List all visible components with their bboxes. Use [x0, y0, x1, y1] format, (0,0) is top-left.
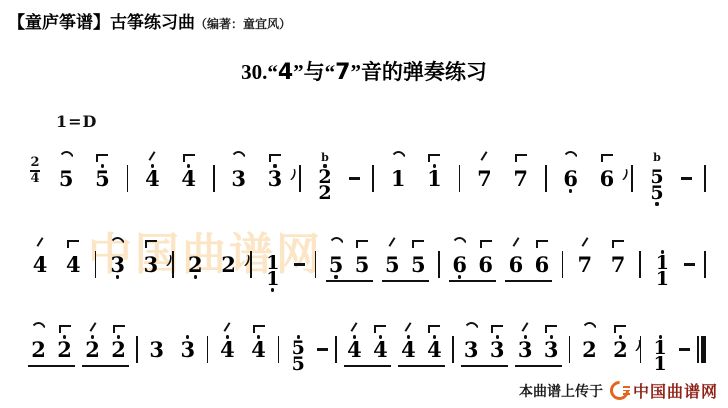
fingering-slot [109, 236, 126, 249]
arc-mark-icon [451, 237, 468, 248]
note-digit: 4 [373, 340, 388, 359]
note: 3 [461, 321, 482, 365]
arc-mark-icon [562, 151, 579, 162]
fingering-slot [491, 321, 503, 334]
note-digit: 7 [577, 255, 592, 274]
note: 7 [606, 236, 630, 280]
note: 3 [145, 321, 169, 365]
barline [704, 251, 706, 278]
note: 3 [487, 321, 508, 365]
note-digit: 2 [582, 340, 597, 359]
note: 4 [247, 321, 271, 365]
octave-slot-below [569, 188, 572, 194]
final-barline-thin [697, 336, 699, 363]
note-digit: 4 [181, 169, 196, 188]
slash-mark-icon [89, 322, 96, 332]
hook-mark-icon [374, 325, 386, 333]
fingering-slot [92, 321, 94, 334]
octave-dot-below [271, 288, 274, 291]
note-digit: 3 [231, 169, 246, 188]
octave-slot-below [116, 274, 119, 280]
fingering-slot [412, 236, 424, 249]
note: 1 [422, 150, 446, 194]
fingering-slot [59, 321, 71, 334]
note-digit: 3 [180, 340, 195, 359]
note: 6 [505, 236, 526, 280]
hook-mark-icon [428, 154, 440, 162]
hook-mark-icon [614, 325, 626, 333]
hook-mark-icon [412, 240, 424, 248]
note-digit: 3 [490, 340, 505, 359]
note-digit: 3 [144, 255, 159, 274]
score-line: 4433)22)11555566667711 [28, 236, 706, 293]
note: 4 [140, 150, 164, 194]
piece-title-suffix: ”音的弹奏练习 [350, 60, 487, 84]
barline [278, 336, 280, 363]
note: 7 [472, 150, 496, 194]
fingering-slot [483, 150, 485, 163]
note-digit: 6 [478, 255, 493, 274]
slash-mark-icon [37, 237, 44, 247]
note-digit: 7 [477, 169, 492, 188]
note-digit: 3 [518, 340, 533, 359]
note: 1 [386, 150, 410, 194]
arc-mark-icon [230, 151, 247, 162]
fingering-slot [269, 150, 281, 163]
note: 5 [90, 150, 114, 194]
fingering-slot [584, 236, 586, 249]
barline [299, 165, 301, 192]
note-digit: 1 [391, 169, 406, 188]
barline [438, 251, 440, 278]
note: 2 [183, 236, 207, 280]
time-sig-numerator: 2 [30, 157, 39, 169]
note: 2 [54, 321, 75, 365]
octave-dot-below [194, 275, 197, 278]
note-digit: 6 [509, 255, 524, 274]
score-line: 24554433)b22117766)b55 [28, 150, 706, 207]
arc-mark-icon [463, 322, 480, 333]
eighth-beam-group: 22 [28, 321, 75, 367]
arc-mark-icon [30, 322, 47, 333]
note-digit: 3 [149, 340, 164, 359]
slash-mark-icon [481, 151, 488, 161]
hook-mark-icon [480, 240, 492, 248]
hook-mark-icon [601, 154, 613, 162]
note: 5 [408, 236, 429, 280]
chord: 55 [286, 321, 310, 378]
note: 4 [177, 150, 201, 194]
fingering-slot [614, 321, 626, 334]
hook-mark-icon [183, 154, 195, 162]
note-digit: 2 [221, 255, 236, 274]
eighth-beam-group: 44 [398, 321, 445, 367]
fingering-slot [96, 150, 108, 163]
barline [213, 165, 215, 192]
note: 5 [382, 236, 403, 280]
note: 2 [577, 321, 601, 365]
arc-mark-icon [109, 237, 126, 248]
chord: 11 [261, 236, 285, 293]
note-digit: 3 [544, 340, 559, 359]
note: 2 [82, 321, 103, 365]
octave-slot-below [458, 274, 461, 280]
note: 2) [608, 321, 632, 365]
note: 6) [595, 150, 619, 194]
octave-slot-below [655, 201, 658, 207]
note-digit: 4 [401, 340, 416, 359]
note-digit: 3 [268, 169, 283, 188]
barline [335, 336, 337, 363]
editor-credit: （编著：童宜风） [195, 17, 291, 31]
note: 3 [227, 150, 251, 194]
fingering-slot [612, 236, 624, 249]
note: 4 [344, 321, 365, 365]
fingering-slot [562, 150, 579, 163]
note: 4 [370, 321, 391, 365]
fingering-slot [391, 236, 393, 249]
note: 5 [352, 236, 373, 280]
note-digit: 4 [145, 169, 160, 188]
note-digit: 5 [411, 255, 426, 274]
fingering-slot [230, 150, 247, 163]
slash-mark-icon [224, 322, 231, 332]
hook-mark-icon [612, 240, 624, 248]
score-line: 22223344554444333322)11 [28, 321, 706, 378]
note-digit: 5 [329, 255, 344, 274]
slash-mark-icon [149, 151, 156, 161]
site-name: 中国曲谱网 [633, 379, 718, 402]
chord: 11 [648, 321, 672, 378]
note: 3 [541, 321, 562, 365]
fingering-slot [524, 321, 526, 334]
fingering-slot [67, 236, 79, 249]
fingering-slot [515, 150, 527, 163]
arc-mark-icon [58, 151, 75, 162]
chord-bottom-digit: 1 [654, 356, 667, 372]
duration-dash [679, 348, 690, 351]
note-digit: 2 [31, 340, 46, 359]
eighth-beam-group: 33 [461, 321, 508, 367]
barline [127, 165, 129, 192]
fingering-slot [601, 150, 613, 163]
octave-slot-below [194, 274, 197, 280]
fingering-slot [151, 150, 153, 163]
piece-title-mid: ”与“ [293, 60, 335, 84]
duration-dash [681, 177, 692, 180]
chord: b22 [313, 150, 337, 207]
note: 7 [573, 236, 597, 280]
eighth-beam-group: 66 [505, 236, 552, 282]
note-digit: 6 [452, 255, 467, 274]
note-digit: 2 [57, 340, 72, 359]
fingering-slot [328, 236, 345, 249]
fingering-slot [374, 321, 386, 334]
hook-mark-icon [356, 240, 368, 248]
note-digit: 4 [220, 340, 235, 359]
eighth-beam-group: 44 [344, 321, 391, 367]
duration-dash [294, 263, 305, 266]
note: 4 [215, 321, 239, 365]
upload-credit-text: 本曲谱上传于 [519, 381, 603, 401]
note-digit: 4 [33, 255, 48, 274]
octave-slot-below [271, 287, 274, 293]
note-digit: 6 [600, 169, 615, 188]
note: 6 [475, 236, 496, 280]
note-digit: 3 [464, 340, 479, 359]
fingering-slot [451, 236, 468, 249]
qupu-logo-c-icon [606, 377, 633, 404]
octave-dot-below [116, 275, 119, 278]
note-digit: 2 [85, 340, 100, 359]
note-digit: 7 [611, 255, 626, 274]
arc-mark-icon [328, 237, 345, 248]
fingering-slot [480, 236, 492, 249]
eighth-beam-group: 55 [326, 236, 373, 282]
fingering-slot [353, 321, 355, 334]
note: 3) [139, 236, 163, 280]
fingering-slot [407, 321, 409, 334]
hook-mark-icon [113, 325, 125, 333]
note: 3 [176, 321, 200, 365]
breath-mark: ) [622, 167, 630, 182]
note-digit: 2 [188, 255, 203, 274]
barline [452, 336, 454, 363]
chord-bottom-digit: 5 [292, 356, 305, 372]
chord-bottom-digit: 5 [650, 185, 663, 201]
chord-bottom-digit: 1 [656, 271, 669, 287]
dacuo-mark-icon: b [321, 152, 329, 163]
piece-title-num4: 4 [278, 60, 293, 85]
note: 3 [515, 321, 536, 365]
note: 6 [531, 236, 552, 280]
note: 6 [449, 236, 470, 280]
barline [704, 165, 706, 192]
duration-dash [317, 348, 328, 351]
note-digit: 6 [563, 169, 578, 188]
note-digit: 1 [427, 169, 442, 188]
duration-dash [349, 177, 360, 180]
note: 4 [61, 236, 85, 280]
note: 2 [108, 321, 129, 365]
upload-credit: 本曲谱上传于 中国曲谱网 [519, 379, 718, 402]
fingering-slot [253, 321, 265, 334]
time-signature: 24 [28, 157, 42, 185]
eighth-beam-group: 66 [449, 236, 496, 282]
note-digit: 2 [111, 340, 126, 359]
note-digit: 7 [513, 169, 528, 188]
note-digit: 5 [385, 255, 400, 274]
fingering-slot [145, 236, 157, 249]
fingering-slot [356, 236, 368, 249]
octave-dot-below [334, 275, 337, 278]
note: 5 [326, 236, 347, 280]
note: 4 [28, 236, 52, 280]
fingering-slot [39, 236, 41, 249]
barline [631, 165, 633, 192]
note: 3 [106, 236, 130, 280]
note: 6 [559, 150, 583, 194]
arc-mark-icon [581, 322, 598, 333]
hook-mark-icon [59, 325, 71, 333]
note-digit: 3 [110, 255, 125, 274]
note: 5 [54, 150, 78, 194]
barline [545, 165, 547, 192]
fingering-slot [428, 321, 440, 334]
chord: b55 [645, 150, 669, 207]
note: 4 [424, 321, 445, 365]
note: 2) [217, 236, 241, 280]
fingering-slot [183, 150, 195, 163]
fingering-slot [390, 150, 407, 163]
eighth-beam-group: 33 [515, 321, 562, 367]
octave-slot-below [334, 274, 337, 280]
fingering-slot: b [653, 150, 661, 163]
fingering-slot [581, 321, 598, 334]
note-digit: 5 [355, 255, 370, 274]
fingering-slot [536, 236, 548, 249]
barline [562, 251, 564, 278]
barline [136, 336, 138, 363]
note: 2 [28, 321, 49, 365]
slash-mark-icon [405, 322, 412, 332]
hook-mark-icon [96, 154, 108, 162]
final-barline-thick [701, 336, 706, 363]
qupu-logo: 中国曲谱网 [610, 379, 718, 402]
barline [207, 336, 209, 363]
hook-mark-icon [491, 325, 503, 333]
duration-dash [684, 263, 695, 266]
arc-mark-icon [390, 151, 407, 162]
hook-mark-icon [253, 325, 265, 333]
note-digit: 4 [251, 340, 266, 359]
slash-mark-icon [389, 237, 396, 247]
fingering-slot [113, 321, 125, 334]
octave-dot-below [655, 202, 658, 205]
slash-mark-icon [522, 322, 529, 332]
sheet-header: 【童庐筝谱】古筝练习曲（编著：童宜风） [8, 8, 291, 33]
piece-title: 30.“4”与“7”音的弹奏练习 [0, 56, 728, 86]
fingering-slot [30, 321, 47, 334]
barline [639, 251, 641, 278]
hook-mark-icon [269, 154, 281, 162]
barline [372, 165, 374, 192]
barline [95, 251, 97, 278]
note: 4 [398, 321, 419, 365]
hook-mark-icon [145, 240, 157, 248]
slash-mark-icon [512, 237, 519, 247]
hook-mark-icon [515, 154, 527, 162]
fingering-slot [463, 321, 480, 334]
chord-bottom-digit: 1 [266, 271, 279, 287]
barline [459, 165, 461, 192]
fingering-slot [226, 321, 228, 334]
barline [569, 336, 571, 363]
slash-mark-icon [581, 237, 588, 247]
fingering-slot [428, 150, 440, 163]
note-digit: 5 [95, 169, 110, 188]
piece-title-prefix: 30.“ [241, 60, 278, 84]
note-digit: 5 [59, 169, 74, 188]
slash-mark-icon [351, 322, 358, 332]
fingering-slot [58, 150, 75, 163]
key-signature: 1=D [56, 112, 97, 131]
note: 3) [263, 150, 287, 194]
eighth-beam-group: 55 [382, 236, 429, 282]
hook-mark-icon [67, 240, 79, 248]
hook-mark-icon [545, 325, 557, 333]
final-barline [697, 336, 706, 363]
note-digit: 2 [613, 340, 628, 359]
fingering-slot [545, 321, 557, 334]
note-digit: 4 [66, 255, 81, 274]
time-sig-denominator: 4 [30, 173, 39, 185]
note-digit: 4 [427, 340, 442, 359]
breath-mark: ) [290, 167, 298, 182]
eighth-beam-group: 22 [82, 321, 129, 367]
fingering-slot: b [321, 150, 329, 163]
octave-dot-below [569, 189, 572, 192]
note-digit: 4 [347, 340, 362, 359]
chord: 11 [650, 236, 674, 293]
piece-title-num7: 7 [335, 60, 350, 85]
note-digit: 6 [535, 255, 550, 274]
fingering-slot [515, 236, 517, 249]
hook-mark-icon [428, 325, 440, 333]
note: 7 [509, 150, 533, 194]
collection-title: 【童庐筝谱】古筝练习曲 [8, 13, 195, 32]
hook-mark-icon [536, 240, 548, 248]
dacuo-mark-icon: b [653, 152, 661, 163]
chord-bottom-digit: 2 [318, 185, 331, 201]
octave-dot-below [458, 275, 461, 278]
barline [315, 251, 317, 278]
